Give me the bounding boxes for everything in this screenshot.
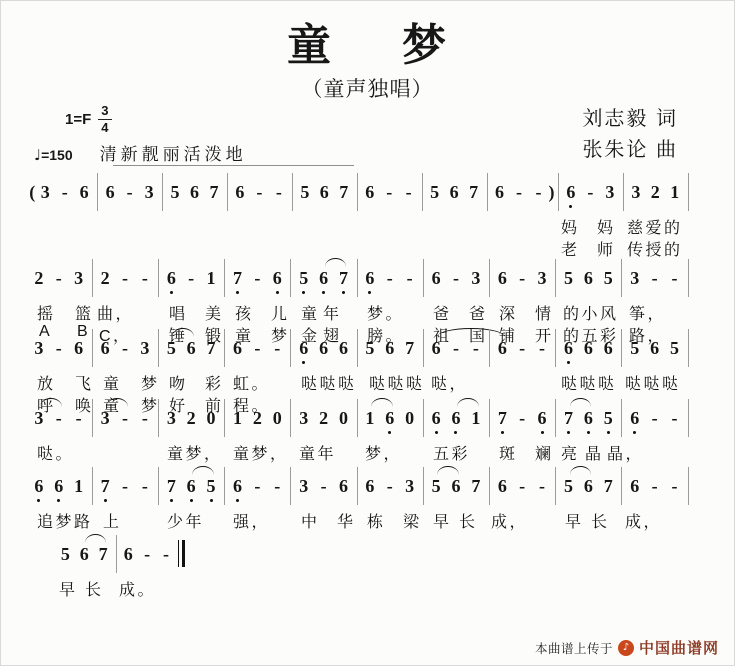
note-token: 7 [201, 337, 221, 359]
note-token: 2 [314, 407, 334, 429]
dash-token: - [115, 407, 135, 429]
note-token: 5 [360, 337, 380, 359]
barline [621, 329, 622, 367]
lyric-text: 哒哒哒 [561, 371, 617, 394]
lyric-text: 摇 [37, 301, 56, 324]
lyric-text: 童年 [299, 441, 336, 464]
barline [290, 329, 291, 367]
slur-arc [106, 398, 128, 407]
lyric-text: 梁 [403, 509, 422, 532]
lyric-text: 华 [337, 509, 356, 532]
dash-token: - [115, 267, 135, 289]
note-token: 6 [490, 181, 509, 203]
music-line: (3-66-35676--5676--5676--)6-3321妈妈慈爱的老师传… [29, 181, 691, 211]
barline [292, 173, 293, 211]
lyric-text: 成， [491, 509, 528, 532]
barline [558, 173, 559, 211]
barline [158, 259, 159, 297]
watermark: 本曲谱上传于 ♪ 中国曲谱网 [535, 637, 719, 658]
note-token: 2 [181, 407, 201, 429]
barline [489, 399, 490, 437]
barline [290, 259, 291, 297]
barline [158, 467, 159, 505]
lyric-text: 的小风 [563, 301, 619, 324]
barline [423, 467, 424, 505]
slur-arc [437, 328, 505, 337]
lyric-text: 彩 [205, 371, 224, 394]
barline [162, 173, 163, 211]
score: (3-66-35676--5676--5676--)6-3321妈妈慈爱的老师传… [1, 1, 735, 666]
note-token: 0 [334, 407, 354, 429]
lyric-text: 老 [561, 237, 580, 260]
dash-token: - [446, 337, 466, 359]
barline [423, 399, 424, 437]
lyric-text: 梦， [365, 441, 402, 464]
note-token: 3 [35, 181, 54, 203]
slur-arc [192, 466, 214, 475]
note-token: 6 [294, 337, 314, 359]
lyric-text: 哒哒哒 [369, 371, 425, 394]
dash-token: - [49, 337, 69, 359]
note-token: 6 [625, 475, 645, 497]
dash-token: - [250, 181, 269, 203]
note-token: 3 [69, 267, 89, 289]
note-token: 6 [314, 267, 334, 289]
paren-token: ) [548, 181, 554, 203]
music-line: 2-32--6-17-65676--6-36-35653--摇篮曲，唱美孩儿童年… [29, 267, 691, 297]
dash-token: - [135, 267, 155, 289]
dash-token: - [247, 267, 267, 289]
note-token: 6 [578, 475, 598, 497]
barline [92, 329, 93, 367]
dash-token: - [181, 267, 201, 289]
barline [158, 399, 159, 437]
note-token: 3 [294, 407, 314, 429]
barline [688, 467, 689, 505]
note-token: 7 [466, 475, 486, 497]
note-token: 6 [119, 543, 138, 565]
lyric-text: 放 [37, 371, 56, 394]
note-token: 3 [29, 407, 49, 429]
lyric-text: 哒哒哒 [625, 371, 681, 394]
note-token: 6 [360, 475, 380, 497]
lyric-text: 慈爱的 [627, 215, 683, 238]
dash-token: - [49, 407, 69, 429]
note-token: 6 [561, 181, 580, 203]
note-token: 5 [598, 267, 618, 289]
dash-token: - [269, 181, 288, 203]
slur-arc [570, 398, 592, 407]
lyric-text: 哒， [431, 371, 468, 394]
barline [357, 399, 358, 437]
note-token: 6 [380, 337, 400, 359]
note-token: 6 [314, 337, 334, 359]
note-token: 6 [334, 475, 354, 497]
barline [290, 399, 291, 437]
note-token: 3 [600, 181, 619, 203]
lyric-text: 哒。 [37, 441, 74, 464]
barline [489, 329, 490, 367]
lyric-text: 妈 [561, 215, 580, 238]
lyric-text: 少年 [167, 509, 204, 532]
note-token: 1 [201, 267, 221, 289]
note-token: 6 [161, 267, 181, 289]
note-token: 6 [69, 337, 89, 359]
note-token: 6 [578, 407, 598, 429]
lyric-text: 上 [103, 509, 122, 532]
dash-token: - [400, 267, 420, 289]
dash-token: - [512, 407, 532, 429]
note-token: 3 [532, 267, 552, 289]
note-token: 6 [426, 267, 446, 289]
lyric-text: 斑 [499, 441, 518, 464]
barline [92, 399, 93, 437]
note-token: 6 [492, 267, 512, 289]
dash-token: - [380, 475, 400, 497]
dash-token: - [665, 267, 685, 289]
dash-token: - [532, 475, 552, 497]
note-token: 6 [444, 181, 463, 203]
note-token: 6 [228, 475, 248, 497]
final-barline [178, 540, 186, 567]
lyric-text: 梦。 [367, 301, 404, 324]
slur-arc [325, 258, 347, 267]
dash-token: - [380, 267, 400, 289]
note-token: 7 [400, 337, 420, 359]
lyric-text: 长 [85, 577, 104, 600]
note-token: 5 [161, 337, 181, 359]
barline [357, 467, 358, 505]
note-token: 7 [559, 407, 579, 429]
lyric-text: 情 [535, 301, 554, 324]
lyric-text: 吻 [169, 371, 188, 394]
lyric-text: 成， [625, 509, 662, 532]
note-token: 6 [267, 267, 287, 289]
note-token: 5 [56, 543, 75, 565]
note-token: 5 [559, 475, 579, 497]
note-token: 6 [100, 181, 119, 203]
dash-token: - [512, 337, 532, 359]
note-token: 6 [446, 475, 466, 497]
note-token: 2 [29, 267, 49, 289]
barline [357, 259, 358, 297]
dash-token: - [529, 181, 548, 203]
barline [92, 259, 93, 297]
note-token: 6 [181, 475, 201, 497]
lyric-text: 亮 [561, 441, 580, 464]
dash-token: - [135, 407, 155, 429]
lyric-text: 孩 [235, 301, 254, 324]
barline [224, 259, 225, 297]
note-token: 5 [201, 475, 221, 497]
lyric-text: 虹。 [233, 371, 270, 394]
dash-token: - [665, 407, 685, 429]
dash-token: - [247, 475, 267, 497]
note-token: 6 [74, 181, 93, 203]
note-token: 1 [360, 407, 380, 429]
note-token: 6 [625, 407, 645, 429]
note-token: 7 [95, 475, 115, 497]
note-token: 3 [161, 407, 181, 429]
dash-token: - [69, 407, 89, 429]
music-line: 3-66-35676--6665676--6--666565放飞童梦吻彩虹。哒哒… [29, 337, 691, 367]
lyric-text: 成。 [119, 577, 156, 600]
note-token: 6 [75, 543, 94, 565]
barline [158, 329, 159, 367]
lyric-text: 童 [103, 371, 122, 394]
note-token: 2 [646, 181, 665, 203]
note-token: 0 [400, 407, 420, 429]
note-token: 6 [578, 267, 598, 289]
lyric-text: 美 [205, 301, 224, 324]
note-token: 6 [315, 181, 334, 203]
barline [422, 173, 423, 211]
dash-token: - [120, 181, 139, 203]
note-token: 6 [49, 475, 69, 497]
watermark-site-name: 中国曲谱网 [639, 637, 719, 658]
note-token: 6 [532, 407, 552, 429]
barline [92, 467, 93, 505]
note-token: 6 [228, 337, 248, 359]
slur-arc [457, 398, 479, 407]
note-token: 6 [598, 337, 618, 359]
barline [357, 173, 358, 211]
note-token: 3 [95, 407, 115, 429]
note-token: 7 [204, 181, 223, 203]
note-token: 7 [492, 407, 512, 429]
note-token: 6 [95, 337, 115, 359]
note-token: 3 [294, 475, 314, 497]
dash-token: - [115, 475, 135, 497]
note-token: 6 [645, 337, 665, 359]
lyric-text: 晶 [585, 441, 604, 464]
lyric-text: 年 [323, 301, 342, 324]
lyric-text: 筝， [629, 301, 666, 324]
lyric-text: 追梦路 [37, 509, 93, 532]
note-token: 6 [360, 181, 379, 203]
barline [224, 329, 225, 367]
note-token: 7 [464, 181, 483, 203]
dash-token: - [645, 267, 665, 289]
note-token: 1 [228, 407, 248, 429]
dash-token: - [49, 267, 69, 289]
note-token: 3 [400, 475, 420, 497]
barline [555, 467, 556, 505]
lyric-text: 篮 [75, 301, 94, 324]
lyric-text: 长 [591, 509, 610, 532]
barline [290, 467, 291, 505]
note-token: 7 [161, 475, 181, 497]
note-token: 6 [181, 337, 201, 359]
barline [621, 467, 622, 505]
note-token: 6 [578, 337, 598, 359]
barline [227, 173, 228, 211]
barline [357, 329, 358, 367]
dash-token: - [55, 181, 74, 203]
slur-arc [40, 398, 62, 407]
barline [621, 259, 622, 297]
note-token: 6 [492, 337, 512, 359]
lyric-text: 童梦， [167, 441, 223, 464]
note-token: 5 [294, 267, 314, 289]
music-line: 3--3--3201203201606617-67656--哒。童梦，童梦，童年… [29, 407, 691, 437]
dash-token: - [512, 267, 532, 289]
note-token: 5 [425, 181, 444, 203]
dash-token: - [532, 337, 552, 359]
note-token: 6 [334, 337, 354, 359]
note-token: 6 [29, 475, 49, 497]
note-token: 6 [559, 337, 579, 359]
lyric-text: 深 [499, 301, 518, 324]
note-token: 5 [295, 181, 314, 203]
lyric-text: 师 [597, 237, 616, 260]
barline [555, 329, 556, 367]
note-token: 7 [334, 181, 353, 203]
dash-token: - [267, 475, 287, 497]
note-token: 5 [665, 337, 685, 359]
slur-arc [371, 398, 393, 407]
note-token: 6 [380, 407, 400, 429]
note-token: 5 [559, 267, 579, 289]
barline [116, 535, 117, 573]
barline [555, 259, 556, 297]
lyric-text: 斓 [535, 441, 554, 464]
note-token: 3 [625, 267, 645, 289]
dash-token: - [314, 475, 334, 497]
barline [423, 259, 424, 297]
dash-token: - [247, 337, 267, 359]
dash-token: - [512, 475, 532, 497]
barline [688, 259, 689, 297]
note-token: 5 [625, 337, 645, 359]
lyric-text: 童梦， [233, 441, 289, 464]
lyric-text: 妈 [597, 215, 616, 238]
note-token: 7 [228, 267, 248, 289]
barline [621, 399, 622, 437]
dash-token: - [157, 543, 176, 565]
note-token: 7 [334, 267, 354, 289]
note-token: 3 [626, 181, 645, 203]
lyric-text: 梦 [141, 371, 160, 394]
lyric-text: 儿 [271, 301, 290, 324]
note-token: 5 [426, 475, 446, 497]
sheet-music-page: 童 梦 （童声独唱） 1=F 3 4 刘志毅 词 张朱论 曲 ♩ =150 清新… [0, 0, 735, 666]
dash-token: - [665, 475, 685, 497]
note-token: 2 [247, 407, 267, 429]
lyric-text: 栋 [367, 509, 386, 532]
barline [224, 399, 225, 437]
note-token: 1 [466, 407, 486, 429]
note-token: 7 [598, 475, 618, 497]
dash-token: - [138, 543, 157, 565]
note-token: 1 [665, 181, 684, 203]
slur-arc [437, 466, 459, 475]
note-token: 3 [466, 267, 486, 289]
note-token: 3 [139, 181, 158, 203]
dash-token: - [446, 267, 466, 289]
music-line: 5676--早长成。 [56, 543, 188, 573]
lyric-text: 唱 [169, 301, 188, 324]
note-token: 6 [426, 337, 446, 359]
barline [623, 173, 624, 211]
barline [688, 329, 689, 367]
cnscore-logo-icon: ♪ [618, 640, 634, 656]
note-token: 6 [446, 407, 466, 429]
lyric-text: 传授的 [627, 237, 683, 260]
lyric-text: 童 [301, 301, 320, 324]
lyric-text: 长 [459, 509, 478, 532]
dash-token: - [267, 337, 287, 359]
note-token: 6 [360, 267, 380, 289]
lyric-text: 爸 [433, 301, 452, 324]
dash-token: - [509, 181, 528, 203]
note-token: 6 [426, 407, 446, 429]
note-token: 6 [230, 181, 249, 203]
slur-arc [570, 466, 592, 475]
slur-arc [85, 534, 106, 543]
dash-token: - [379, 181, 398, 203]
barline [688, 399, 689, 437]
dash-token: - [115, 337, 135, 359]
barline [97, 173, 98, 211]
dash-token: - [466, 337, 486, 359]
music-line: 6617--7656--3-66-35676--5676--追梦路上少年强，中华… [29, 475, 691, 505]
dash-token: - [581, 181, 600, 203]
note-token: 3 [135, 337, 155, 359]
lyric-text: 早 [433, 509, 452, 532]
lyric-text: 五彩 [433, 441, 470, 464]
lyric-text: 晶， [607, 441, 644, 464]
dash-token: - [645, 407, 665, 429]
lyric-text: 曲， [97, 301, 134, 324]
note-token: 1 [69, 475, 89, 497]
barline [423, 329, 424, 367]
note-token: 0 [201, 407, 221, 429]
note-token: 0 [267, 407, 287, 429]
barline [489, 259, 490, 297]
slur-arc [172, 328, 194, 337]
dash-token: - [645, 475, 665, 497]
lyric-text: 早 [565, 509, 584, 532]
barline [487, 173, 488, 211]
lyric-text: 中 [301, 509, 320, 532]
note-token: 5 [165, 181, 184, 203]
barline [688, 173, 689, 211]
barline [489, 467, 490, 505]
note-token: 7 [94, 543, 113, 565]
lyric-text: 爸 [469, 301, 488, 324]
barline [224, 467, 225, 505]
dash-token: - [135, 475, 155, 497]
note-token: 5 [598, 407, 618, 429]
note-token: 6 [492, 475, 512, 497]
note-token: 2 [95, 267, 115, 289]
lyric-text: 哒哒哒 [301, 371, 357, 394]
watermark-text: 本曲谱上传于 [535, 639, 613, 657]
note-token: 3 [29, 337, 49, 359]
dash-token: - [399, 181, 418, 203]
lyric-text: 早 [59, 577, 78, 600]
barline [555, 399, 556, 437]
lyric-text: 飞 [75, 371, 94, 394]
note-token: 6 [185, 181, 204, 203]
lyric-text: 强， [233, 509, 270, 532]
